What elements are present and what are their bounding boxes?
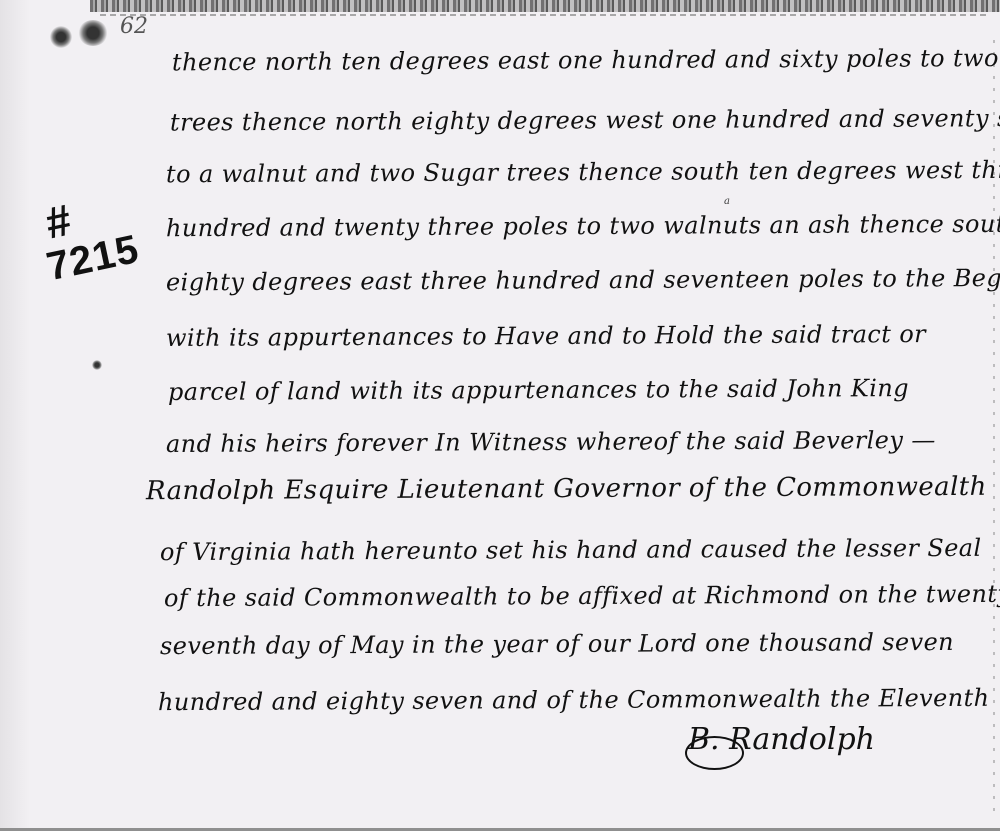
scan-top-rule [100,14,990,16]
ink-blot-icon [92,360,102,370]
catalog-number: # 7215 [34,189,130,288]
interlinear-note: a [724,196,730,207]
manuscript-line: with its appurtenances to Have and to Ho… [166,320,926,352]
manuscript-line: of the said Commonwealth to be affixed a… [164,580,1000,612]
manuscript-page: 62 # 7215 a thence north ten degrees eas… [0,0,1000,831]
scan-top-edge [90,0,1000,12]
manuscript-line: hundred and twenty three poles to two wa… [166,210,1000,242]
manuscript-line: hundred and eighty seven and of the Comm… [158,684,990,716]
manuscript-line: thence north ten degrees east one hundre… [172,44,1000,77]
manuscript-line: parcel of land with its appurtenances to… [168,374,909,406]
page-number: 62 [120,14,148,39]
manuscript-line: seventh day of May in the year of our Lo… [160,628,954,660]
manuscript-line: Randolph Esquire Lieutenant Governor of … [146,472,987,506]
ink-blot-icon [78,20,108,46]
manuscript-line: of Virginia hath hereunto set his hand a… [160,534,982,566]
page-fold-shadow [0,0,30,831]
signature: B. Randolph [688,722,875,757]
manuscript-line: to a walnut and two Sugar trees thence s… [166,156,1000,189]
manuscript-line: eighty degrees east three hundred and se… [166,264,1000,297]
ink-blot-icon [50,26,72,48]
manuscript-line: trees thence north eighty degrees west o… [170,103,1000,136]
manuscript-line: and his heirs forever In Witness whereof… [166,426,936,458]
